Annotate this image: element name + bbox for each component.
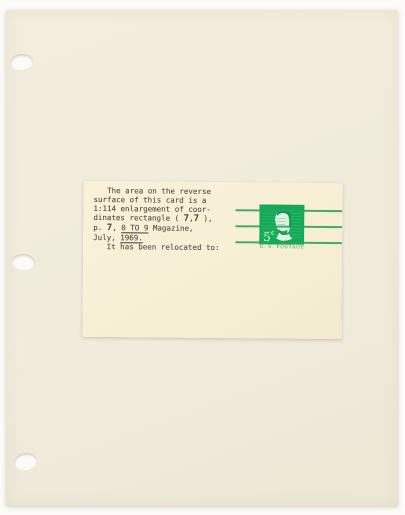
- stamp-caption: U. S. POSTAGE: [259, 244, 304, 249]
- text-line: It has been relocated to:: [93, 242, 220, 252]
- punch-hole-bottom: [13, 451, 39, 472]
- postcard: The area on the reversesurface of this c…: [82, 181, 342, 339]
- stamp-denomination: 5: [263, 230, 271, 244]
- punch-hole-top: [9, 53, 34, 71]
- lincoln-stamp-icon: 5 ¢: [259, 204, 304, 244]
- stamp-cent-sign: ¢: [271, 230, 275, 237]
- stamp: 5 ¢ U. S. POSTAGE: [259, 204, 304, 244]
- typed-lines: The area on the reversesurface of this c…: [93, 186, 220, 252]
- photo-backdrop: The area on the reversesurface of this c…: [0, 0, 405, 515]
- lincoln-portrait: [275, 210, 293, 240]
- punch-hole-middle: [11, 253, 35, 271]
- binder-sheet: The area on the reversesurface of this c…: [6, 10, 398, 506]
